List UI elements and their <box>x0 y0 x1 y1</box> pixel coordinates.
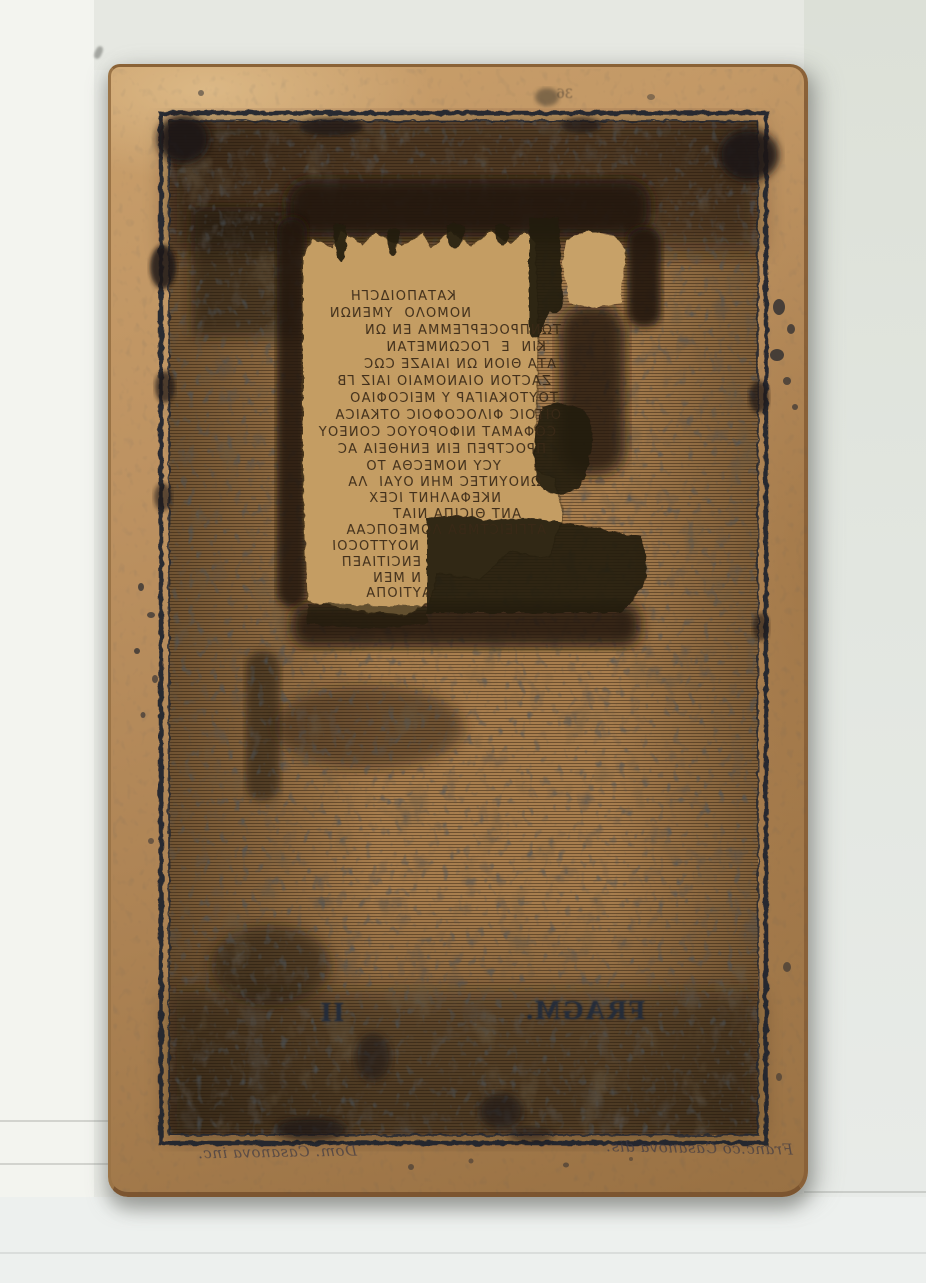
greek-text-line: ΑΤΓΙΕΙϹΤΜΒΑ ΛΟΜΕΟΠϹΑΑ <box>345 523 546 538</box>
backdrop-seam-line <box>0 1252 926 1254</box>
backdrop-seam-line <box>0 1120 112 1122</box>
greek-text-line: ϹΟΦΑΜΑΤ ΝΙΦΟΡΟΥΟϹ ϹΟΝΕΟΥ <box>317 425 556 440</box>
greek-text-line: ΟΙΤΟΙϹ ΦΙΛΟϹΟΦΟΙϹ ΟΤΚΑΙϹΑ <box>334 408 561 423</box>
greek-text-line: ΑΥΤΙΟΠΑ <box>365 586 431 601</box>
greek-text-line: ΑΤΑ ΘΙΟΝ ΩΝ ΙΑΙΑΖΕ ϹΩϹ <box>363 357 557 372</box>
fragment-label: FRAGM. <box>524 995 645 1026</box>
draughtsman-signature: Franc.co Casanova dis. <box>605 1137 793 1158</box>
greek-text-line: ΝΚΕΦΑΛΗΝΤ ΙϹΕΧ <box>368 491 501 506</box>
plate-number: 36 <box>556 87 573 102</box>
fragment-number-label: II <box>319 997 344 1028</box>
greek-text-line: ΥϹΥ ΝΟΜΕϹΘΑ ΤΟ <box>365 459 501 474</box>
mirrored-engraving-layer: ΚΑΤΑΠΟΙΔϹΓΗ ΝΟΜΟΛΟ ΥΜΕΝΩΝ ΤΩΝΠΡΟϹΕΡΓΕΜΜΑ… <box>111 67 809 1198</box>
greek-text-line: ΤΩΝΠΡΟϹΕΡΓΕΜΜΑ ΕΝ ΩΝ <box>364 323 562 338</box>
greek-text-line: ΑΝΤ ΘΙϹΙΠΑ ΝΙΑΤ <box>392 507 521 522</box>
greek-text-line: ΝΟΜΟΛΟ ΥΜΕΝΩΝ <box>328 306 471 321</box>
backdrop-seam-line <box>804 1191 926 1193</box>
greek-text-line: Ν ΜΕΝ <box>372 571 422 586</box>
backdrop-bottom-area <box>0 1197 926 1283</box>
greek-text-line: ΚΑΤΑΠΟΙΔϹΓΗ <box>349 289 456 304</box>
greek-text-line: ΖΑϹΤΟΝ ΟΙΑΝΟΜΑΙΟ ΙΑΙΖ ΓΒ <box>336 374 551 389</box>
backdrop-top-area <box>94 0 804 70</box>
greek-text-line: ΝΟΥΤΤΟϹΟΙ <box>331 539 419 554</box>
greek-text-line: ΩΝΟΥΝΤΕϹ ΜΗΝ ΟΥΑΙ ΛΑ <box>347 475 541 490</box>
plate-surface: ΚΑΤΑΠΟΙΔϹΓΗ ΝΟΜΟΛΟ ΥΜΕΝΩΝ ΤΩΝΠΡΟϹΕΡΓΕΜΜΑ… <box>111 67 809 1198</box>
engraver-signature: Dom. Casanova inc. <box>197 1142 357 1163</box>
backdrop-seam-line <box>0 1163 112 1165</box>
greek-text-line: ΕΝϹΙΤΙΑΕΠ <box>340 555 421 570</box>
greek-text-line: ΚΙΝ Ε ΓΟϹΩΝΜΕΤΑΝ <box>385 340 546 355</box>
greek-text-line: ΠΡΟϹΤΡΕΠ ΕΙΝ ΕΝΗΘΕΙΑ ΑϹ <box>336 442 546 457</box>
backdrop-right-area <box>804 0 926 1283</box>
copper-plate: ΚΑΤΑΠΟΙΔϹΓΗ ΝΟΜΟΛΟ ΥΜΕΝΩΝ ΤΩΝΠΡΟϹΕΡΓΕΜΜΑ… <box>108 64 808 1197</box>
greek-text-line: ΤΟΥΤΟΚΑΙΓΑΡ Υ ΜΕΙϹΟΦΙΑΟ <box>349 391 559 406</box>
backdrop-left-strip <box>0 0 94 1283</box>
